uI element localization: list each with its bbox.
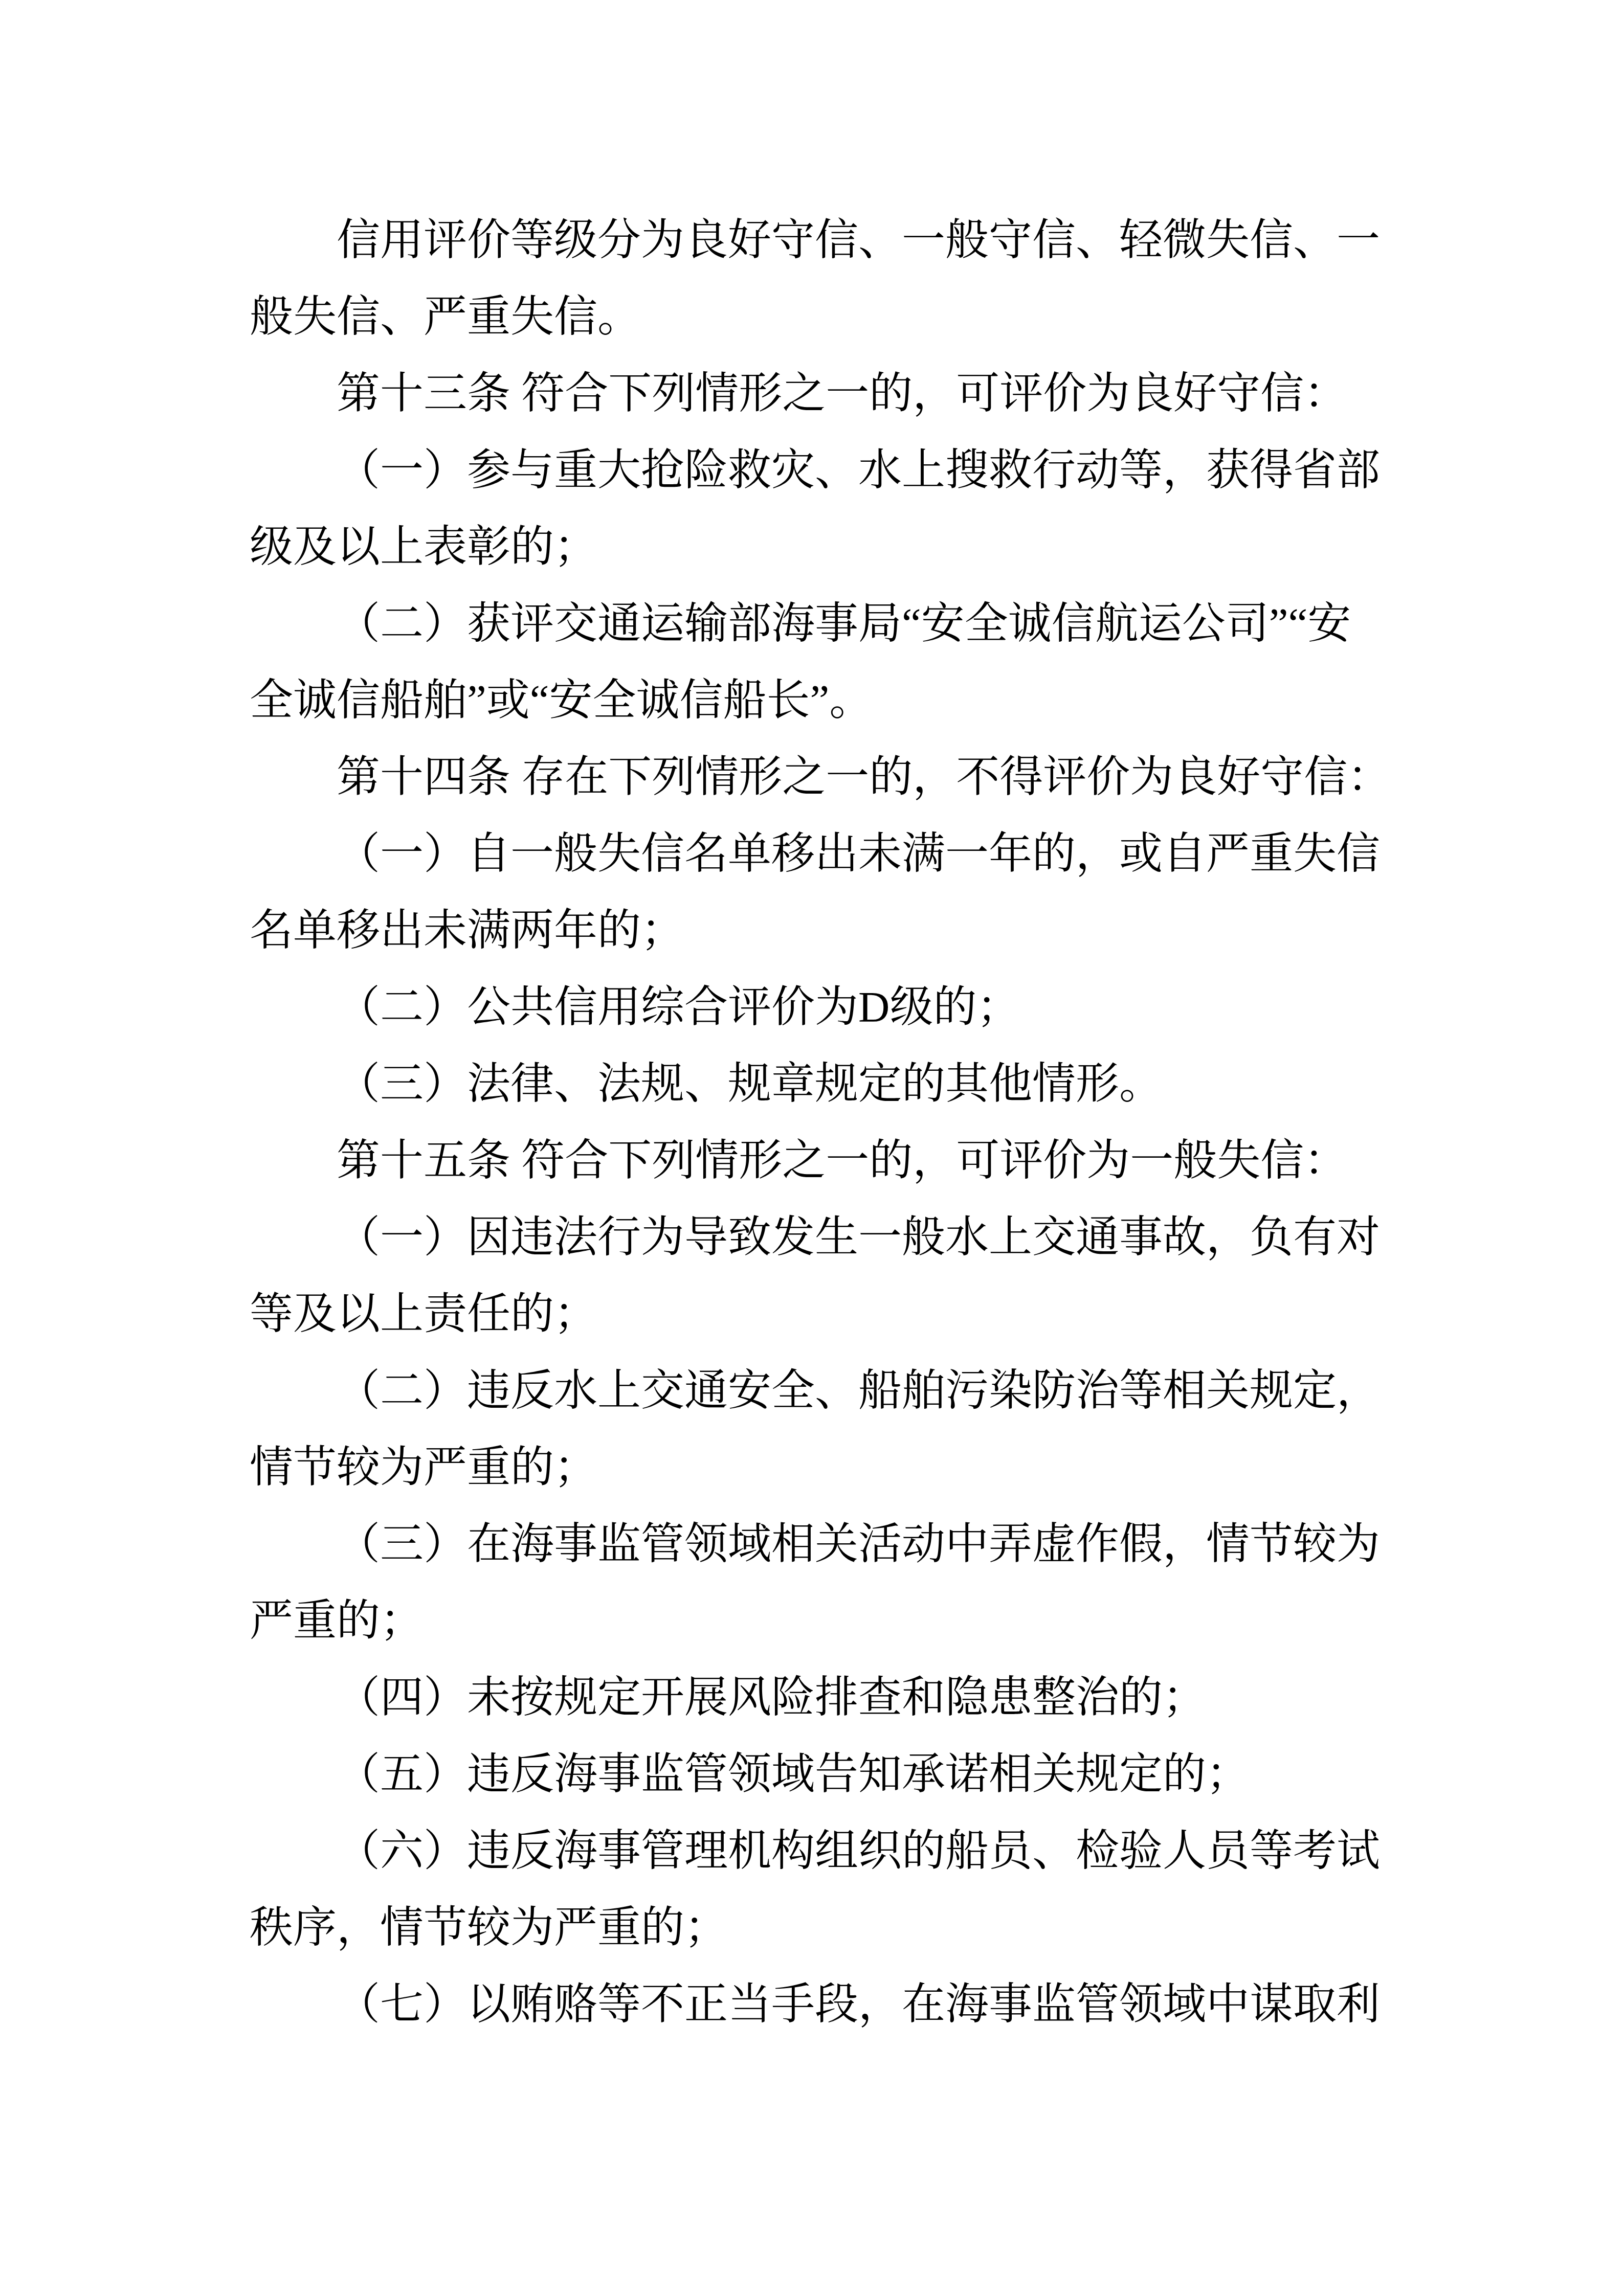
text-line: （一）因违法行为导致发生一般水上交通事故，负有对: [250, 1199, 1383, 1276]
text-line: （三）在海事监管领域相关活动中弄虚作假，情节较为: [250, 1506, 1383, 1583]
text-line: 信用评价等级分为良好守信、一般守信、轻微失信、一: [250, 202, 1383, 279]
text-line: 等及以上责任的；: [250, 1276, 1383, 1353]
text-line: 名单移出未满两年的；: [250, 892, 1383, 969]
text-line: （六）违反海事管理机构组织的船员、检验人员等考试: [250, 1813, 1383, 1889]
text-line: （一）自一般失信名单移出未满一年的，或自严重失信: [250, 816, 1383, 892]
text-line: （三）法律、法规、规章规定的其他情形。: [250, 1046, 1383, 1122]
text-line: （七）以贿赂等不正当手段，在海事监管领域中谋取利: [250, 1966, 1383, 2043]
text-line: 严重的；: [250, 1583, 1383, 1659]
text-line: 秩序，情节较为严重的；: [250, 1889, 1383, 1966]
text-line: （五）违反海事监管领域告知承诺相关规定的；: [250, 1736, 1383, 1813]
text-line-article-14: 第十四条 存在下列情形之一的，不得评价为良好守信：: [250, 739, 1383, 816]
text-line: 全诚信船舶”或“安全诚信船长”。: [250, 662, 1383, 739]
text-line: （二）获评交通运输部海事局“安全诚信航运公司”“安: [250, 586, 1383, 662]
text-line: （二）公共信用综合评价为D级的；: [250, 969, 1383, 1046]
text-line: 情节较为严重的；: [250, 1429, 1383, 1506]
text-line-article-13: 第十三条 符合下列情形之一的，可评价为良好守信：: [250, 355, 1383, 432]
document-text-block: 信用评价等级分为良好守信、一般守信、轻微失信、一 般失信、严重失信。 第十三条 …: [250, 202, 1383, 2043]
text-line: （二）违反水上交通安全、船舶污染防治等相关规定，: [250, 1353, 1383, 1429]
text-line: 级及以上表彰的；: [250, 509, 1383, 586]
text-line: 般失信、严重失信。: [250, 279, 1383, 355]
text-line: （四）未按规定开展风险排查和隐患整治的；: [250, 1659, 1383, 1736]
text-line: （一）参与重大抢险救灾、水上搜救行动等，获得省部: [250, 432, 1383, 509]
text-line-article-15: 第十五条 符合下列情形之一的，可评价为一般失信：: [250, 1122, 1383, 1199]
document-page: 信用评价等级分为良好守信、一般守信、轻微失信、一 般失信、严重失信。 第十三条 …: [0, 0, 1624, 2296]
